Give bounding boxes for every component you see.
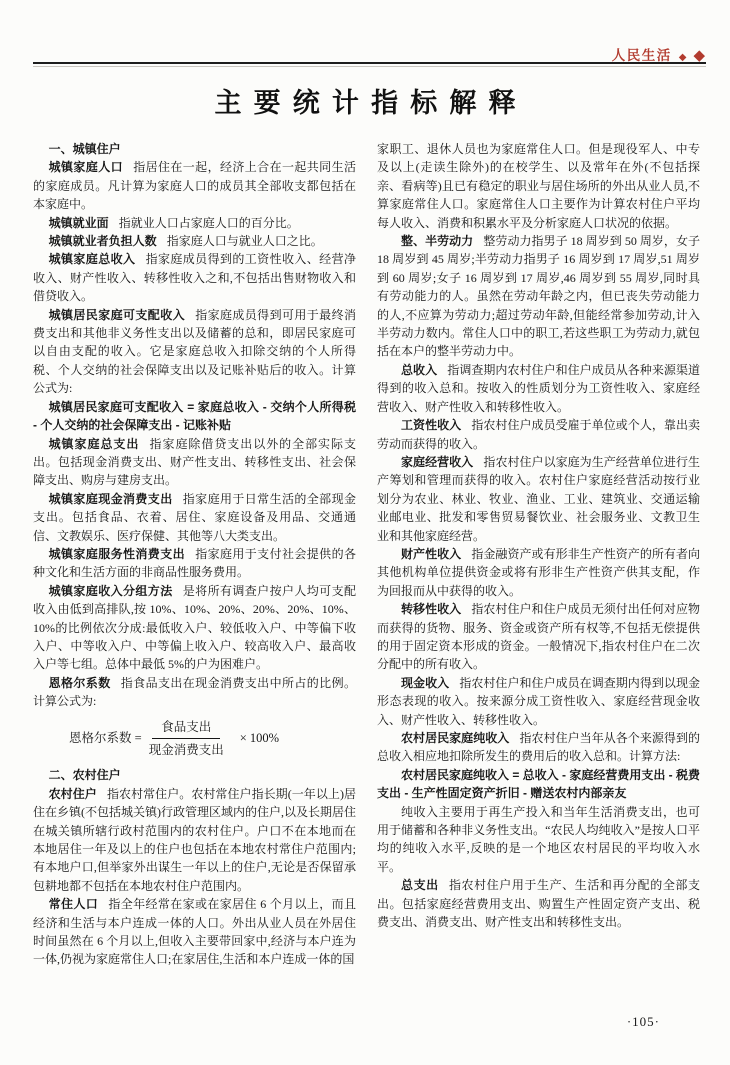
left-column: 一、城镇住户 城镇家庭人口指居住在一起，经济上合在一起共同生活的家庭成员。凡计算…: [33, 140, 356, 969]
term-definition: 指就业人口占家庭人口的百分比。: [119, 216, 299, 230]
term-label: 家庭经营收入: [401, 455, 473, 469]
section-heading: 二、农村住户: [33, 766, 356, 784]
definition-paragraph: 城镇就业者负担人数指家庭人口与就业人口之比。: [33, 232, 356, 250]
definition-paragraph: 现金收入指农村住户和住户成员在调查期内得到以现金形态表现的收入。按来源分成工资性…: [377, 674, 700, 729]
term-label: 城镇居民家庭可支配收入: [49, 308, 185, 322]
term-label: 城镇就业者负担人数: [49, 234, 157, 248]
term-label: 转移性收入: [401, 602, 461, 616]
formula-suffix: × 100%: [240, 729, 279, 747]
disposable-income-formula: 城镇居民家庭可支配收入 = 家庭总收入 - 交纳个人所得税 - 个人交纳的社会保…: [33, 398, 356, 435]
term-label: 城镇家庭服务性消费支出: [49, 547, 185, 561]
definition-paragraph: 城镇家庭收入分组方法是将所有调查户按户人均可支配收入由低到高排队,按 10%、1…: [33, 582, 356, 674]
definition-paragraph: 农村居民家庭纯收入指农村住户当年从各个来源得到的总收入相应地扣除所发生的费用后的…: [377, 729, 700, 766]
term-label: 城镇家庭收入分组方法: [49, 584, 173, 598]
term-label: 总收入: [401, 363, 437, 377]
definition-paragraph: 财产性收入指金融资产或有形非生产性资产的所有者向其他机构单位提供资金或将有形非生…: [377, 545, 700, 600]
definition-paragraph: 城镇家庭总支出指家庭除借贷支出以外的全部实际支出。包括现金消费支出、财产性支出、…: [33, 435, 356, 490]
right-column: 家职工、退休人员也为家庭常住人口。但是现役军人、中专及以上(走读生除外)的在校学…: [377, 140, 700, 969]
term-definition: 指农村常住户。农村常住户指长期(一年以上)居住在乡镇(不包括城关镇)行政管理区域…: [33, 787, 356, 893]
engel-coefficient-formula: 恩格尔系数 = 食品支出 现金消费支出 × 100%: [69, 718, 356, 760]
section-header: 人民生活 ◆ ◆: [612, 44, 705, 64]
net-income-formula: 农村居民家庭纯收入 = 总收入 - 家庭经营费用支出 - 税费支出 - 生产性固…: [377, 766, 700, 803]
term-label: 城镇家庭人口: [49, 160, 123, 174]
definition-paragraph: 转移性收入指农村住户和住户成员无须付出任何对应物而获得的货物、服务、资金或资产所…: [377, 600, 700, 674]
section-heading: 一、城镇住户: [33, 140, 356, 158]
definition-paragraph: 总支出指农村住户用于生产、生活和再分配的全部支出。包括家庭经营费用支出、购置生产…: [377, 876, 700, 931]
term-label: 现金收入: [401, 676, 449, 690]
definition-paragraph: 城镇家庭服务性消费支出指家庭用于支付社会提供的各种文化和生活方面的非商品性服务费…: [33, 545, 356, 582]
definition-paragraph: 城镇家庭总收入指家庭成员得到的工资性收入、经营净收入、财产性收入、转移性收入之和…: [33, 250, 356, 305]
document-page: 人民生活 ◆ ◆ 主要统计指标解释 一、城镇住户 城镇家庭人口指居住在一起，经济…: [0, 0, 730, 1065]
header-rule: [33, 62, 706, 64]
term-label: 城镇家庭总收入: [49, 252, 136, 266]
definition-paragraph: 农村住户指农村常住户。农村常住户指长期(一年以上)居住在乡镇(不包括城关镇)行政…: [33, 785, 356, 895]
term-definition: 整劳动力指男子 18 周岁到 50 周岁，女子 18 周岁到 45 周岁;半劳动…: [377, 234, 700, 358]
term-label: 城镇就业面: [49, 216, 109, 230]
formula-label: 恩格尔系数 =: [69, 729, 142, 747]
continuation-paragraph: 家职工、退休人员也为家庭常住人口。但是现役军人、中专及以上(走读生除外)的在校学…: [377, 140, 700, 232]
fraction-numerator: 食品支出: [152, 718, 220, 739]
term-label: 恩格尔系数: [49, 676, 111, 690]
definition-paragraph: 常住人口指全年经常在家或在家居住 6 个月以上，而且经济和生活与本户连成一体的人…: [33, 895, 356, 969]
fraction-denominator: 现金消费支出: [149, 739, 224, 759]
term-label: 工资性收入: [401, 418, 461, 432]
header-rule-shadow: [33, 66, 706, 67]
two-column-body: 一、城镇住户 城镇家庭人口指居住在一起，经济上合在一起共同生活的家庭成员。凡计算…: [33, 140, 700, 969]
page-title: 主要统计指标解释: [0, 81, 730, 120]
fraction: 食品支出 现金消费支出: [149, 718, 224, 760]
term-label: 城镇家庭总支出: [49, 437, 140, 451]
definition-paragraph: 家庭经营收入指农村住户以家庭为生产经营单位进行生产筹划和管理而获得的收入。农村住…: [377, 453, 700, 545]
definition-paragraph: 城镇家庭人口指居住在一起，经济上合在一起共同生活的家庭成员。凡计算为家庭人口的成…: [33, 158, 356, 213]
term-label: 农村居民家庭纯收入: [401, 731, 509, 745]
definition-paragraph: 城镇家庭现金消费支出指家庭用于日常生活的全部现金支出。包括食品、衣着、居住、家庭…: [33, 490, 356, 545]
term-label: 城镇家庭现金消费支出: [49, 492, 173, 506]
section-header-label: 人民生活: [612, 44, 672, 64]
definition-paragraph: 整、半劳动力整劳动力指男子 18 周岁到 50 周岁，女子 18 周岁到 45 …: [377, 232, 700, 361]
definition-paragraph: 恩格尔系数指食品支出在现金消费支出中所占的比例。计算公式为:: [33, 674, 356, 711]
term-label: 常住人口: [49, 897, 99, 911]
definition-paragraph: 总收入指调查期内农村住户和住户成员从各种来源渠道得到的收入总和。按收入的性质划分…: [377, 361, 700, 416]
page-number: ·105·: [627, 1014, 660, 1030]
definition-paragraph: 城镇居民家庭可支配收入指家庭成员得到可用于最终消费支出和其他非义务性支出以及储蓄…: [33, 306, 356, 398]
definition-paragraph: 工资性收入指农村住户成员受雇于单位或个人，靠出卖劳动而获得的收入。: [377, 416, 700, 453]
term-label: 财产性收入: [401, 547, 461, 561]
term-label: 总支出: [401, 878, 439, 892]
term-label: 农村住户: [49, 787, 97, 801]
term-definition: 指家庭人口与就业人口之比。: [167, 234, 323, 248]
definition-paragraph: 城镇就业面指就业人口占家庭人口的百分比。: [33, 214, 356, 232]
term-label: 整、半劳动力: [401, 234, 473, 248]
body-paragraph: 纯收入主要用于再生产投入和当年生活消费支出，也可用于储蓄和各种非义务性支出。“农…: [377, 803, 700, 877]
